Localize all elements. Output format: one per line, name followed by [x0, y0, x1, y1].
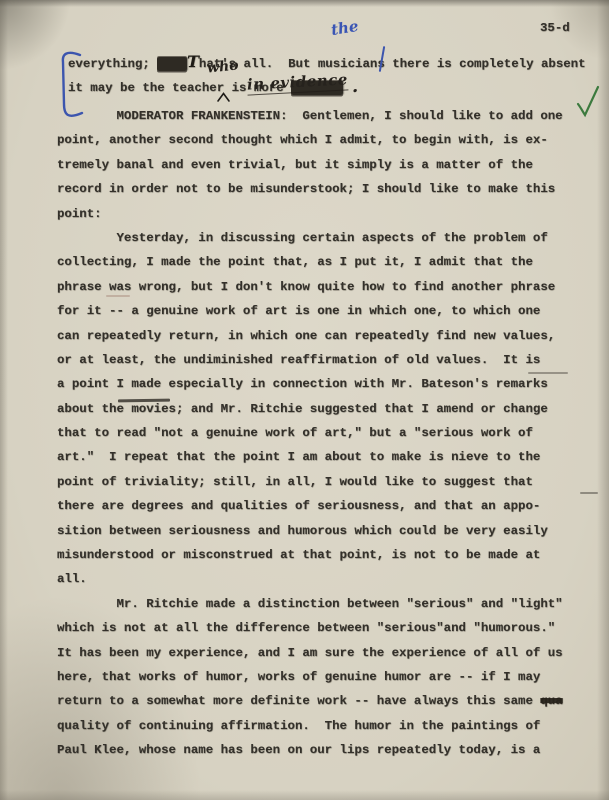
- typed-text: art." I repeat that the point I am about…: [57, 450, 540, 464]
- typed-text: or at least, the undiminished reaffirmat…: [57, 353, 540, 367]
- typed-text: that to read "not a genuine work of art,…: [57, 426, 533, 440]
- typed-text: tremely banal and even trivial, but it s…: [57, 158, 533, 172]
- typed-text: it may be the teacher: [68, 81, 224, 95]
- typed-line: a point I made especially in connection …: [57, 372, 563, 396]
- typescript-body: MODERATOR FRANKENSTEIN: Gentlemen, I sho…: [57, 104, 563, 763]
- handwritten-capital-t: T: [187, 52, 199, 71]
- typed-text: about the movies; and Mr. Ritchie sugges…: [57, 402, 548, 416]
- typed-line: there are degrees and qualities of serio…: [57, 494, 563, 518]
- deleted-letter-s: s: [377, 51, 384, 77]
- typed-line: MODERATOR FRANKENSTEIN: Gentlemen, I sho…: [57, 104, 563, 128]
- typed-line: which is not at all the difference betwe…: [57, 616, 563, 640]
- typed-text: It has been my experience, and I am sure…: [57, 646, 563, 660]
- typed-line: all.: [57, 567, 563, 591]
- typed-line: collecting, I made the point that, as I …: [57, 250, 563, 274]
- typed-line: tremely banal and even trivial, but it s…: [57, 153, 563, 177]
- typed-line: Yesterday, in discussing certain aspects…: [57, 226, 563, 250]
- typed-line: that to read "not a genuine work of art,…: [57, 421, 563, 445]
- struck-out-word: qua: [540, 694, 562, 708]
- typed-text: point:: [57, 207, 102, 221]
- typed-line: art." I repeat that the point I am about…: [57, 445, 563, 469]
- typed-text: there are degrees and qualities of serio…: [57, 499, 540, 513]
- handwritten-insertion-the: the: [330, 17, 360, 39]
- typed-text: here, that works of humor, works of genu…: [57, 670, 540, 684]
- pen-strike-mark: [528, 372, 568, 374]
- typed-line: here, that works of humor, works of genu…: [57, 665, 563, 689]
- typed-text: all.: [57, 572, 87, 586]
- typed-text: return to a somewhat more definite work …: [57, 694, 540, 708]
- typed-line: misunderstood or misconstrued at that po…: [57, 543, 563, 567]
- handwritten-insertion-who: who: [206, 57, 239, 76]
- document-page: 35-d everything; That's all. But musicia…: [0, 0, 609, 800]
- checkmark-icon: [576, 84, 600, 118]
- typed-text: for it -- a genuine work of art is one i…: [57, 304, 540, 318]
- typed-text: Yesterday, in discussing certain aspects…: [57, 231, 548, 245]
- typed-text: Mr. Ritchie made a distinction between "…: [57, 597, 563, 611]
- typed-text: collecting, I made the point that, as I …: [57, 255, 533, 269]
- typed-text: record in order not to be misunderstook;…: [57, 182, 555, 196]
- pen-strike-mark: [580, 492, 598, 494]
- typed-line: point:: [57, 202, 563, 226]
- typed-line: return to a somewhat more definite work …: [57, 689, 563, 713]
- typed-line: can repeatedly return, in which one can …: [57, 324, 563, 348]
- typed-text: misunderstood or misconstrued at that po…: [57, 548, 540, 562]
- typed-text: there is completely absent: [385, 57, 586, 71]
- typed-text: sition between seriousness and humorous …: [57, 524, 548, 538]
- typed-text: point of triviality; still, in all, I wo…: [57, 475, 533, 489]
- typed-line: point, another second thought which I ad…: [57, 128, 563, 152]
- typed-line: Mr. Ritchie made a distinction between "…: [57, 592, 563, 616]
- typed-text: which is not at all the difference betwe…: [57, 621, 555, 635]
- struck-out-word: [157, 57, 187, 71]
- handwritten-period: .: [352, 76, 358, 97]
- typed-line: or at least, the undiminished reaffirmat…: [57, 348, 563, 372]
- typed-line: sition between seriousness and humorous …: [57, 519, 563, 543]
- typed-text: MODERATOR FRANKENSTEIN: Gentlemen, I sho…: [57, 109, 563, 123]
- pencil-mark: [106, 295, 130, 297]
- typed-text: can repeatedly return, in which one can …: [57, 329, 555, 343]
- typed-text: everything;: [68, 57, 157, 71]
- typed-line: phrase was wrong, but I don't know quite…: [57, 275, 563, 299]
- typed-line: point of triviality; still, in all, I wo…: [57, 470, 563, 494]
- page-number: 35-d: [540, 21, 570, 35]
- typed-line: for it -- a genuine work of art is one i…: [57, 299, 563, 323]
- caret-icon: [217, 92, 230, 102]
- typed-text: phrase was wrong, but I don't know quite…: [57, 280, 555, 294]
- typed-line: quality of continuing affirmation. The h…: [57, 714, 563, 738]
- typed-line: record in order not to be misunderstook;…: [57, 177, 563, 201]
- typed-text: quality of continuing affirmation. The h…: [57, 719, 540, 733]
- typed-text: Paul Klee, whose name has been on our li…: [57, 743, 540, 757]
- typed-line: It has been my experience, and I am sure…: [57, 641, 563, 665]
- typed-text: a point I made especially in connection …: [57, 377, 548, 391]
- typed-line: Paul Klee, whose name has been on our li…: [57, 738, 563, 762]
- typed-text: point, another second thought which I ad…: [57, 133, 548, 147]
